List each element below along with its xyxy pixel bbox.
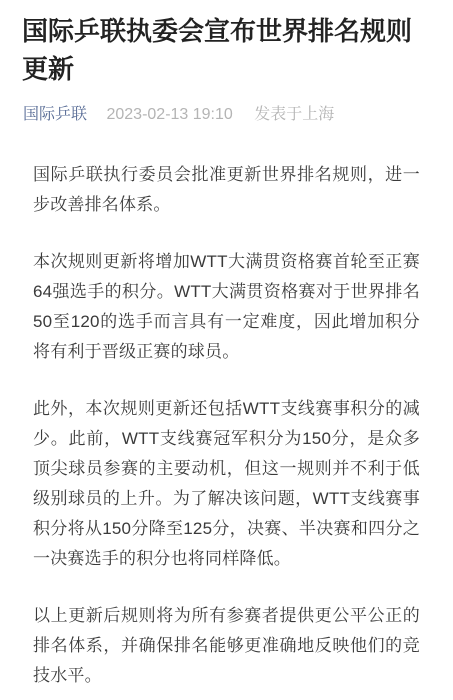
article-paragraph: 此外，本次规则更新还包括WTT支线赛事积分的减少。此前，WTT支线赛冠军积分为1… <box>33 394 420 574</box>
publish-datetime: 2023-02-13 19:10 <box>106 106 232 123</box>
article-byline: 国际乒联 2023-02-13 19:10 发表于上海 <box>23 105 430 124</box>
article-content: 国际乒联执行委员会批准更新世界排名规则，进一步改善排名体系。 本次规则更新将增加… <box>33 160 420 691</box>
article-paragraph: 本次规则更新将增加WTT大满贯资格赛首轮至正赛64强选手的积分。WTT大满贯资格… <box>33 247 420 367</box>
publish-location: 发表于上海 <box>254 106 334 123</box>
article-title: 国际乒联执委会宣布世界排名规则更新 <box>22 12 431 88</box>
article-paragraph: 国际乒联执行委员会批准更新世界排名规则，进一步改善排名体系。 <box>33 160 420 220</box>
article-page: 国际乒联执委会宣布世界排名规则更新 国际乒联 2023-02-13 19:10 … <box>0 0 453 700</box>
article-paragraph: 以上更新后规则将为所有参赛者提供更公平公正的排名体系，并确保排名能够更准确地反映… <box>33 601 420 691</box>
account-name-link[interactable]: 国际乒联 <box>23 106 87 123</box>
